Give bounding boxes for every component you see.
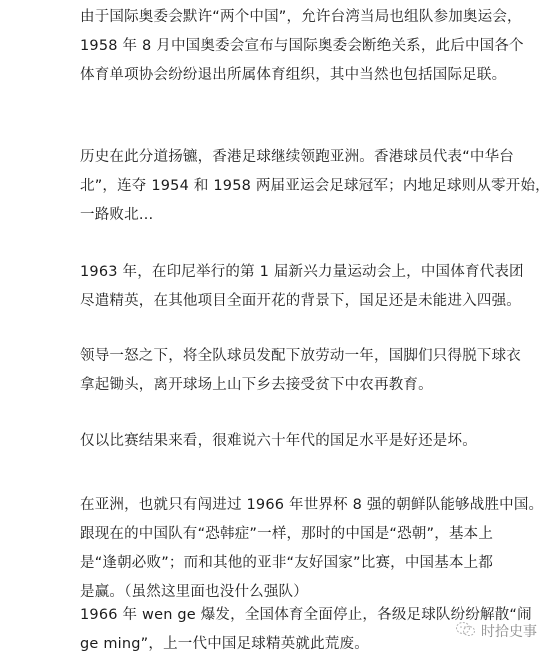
- text-line: 1958 年 8 月中国奥委会宣布与国际奥委会断绝关系，此后中国各个: [80, 36, 524, 56]
- text-line: 北”，连夺 1954 和 1958 两届亚运会足球冠军；内地足球则从零开始，: [80, 176, 550, 196]
- watermark: 时拾史事: [455, 620, 537, 642]
- text-line: 1963 年，在印尼举行的第 1 届新兴力量运动会上，中国体育代表团: [80, 262, 524, 282]
- wechat-icon: [455, 620, 477, 642]
- text-line: 仅以比赛结果来看，很难说六十年代的国足水平是好还是坏。: [80, 431, 477, 451]
- text-line: 由于国际奥委会默许“两个中国”，允许台湾当局也组队参加奥运会，: [80, 7, 522, 27]
- text-line: 跟现在的中国队有“恐韩症”一样，那时的中国是“恐朝”，基本上: [80, 524, 493, 544]
- text-line: 领导一怒之下，将全队球员发配下放劳动一年，国脚们只得脱下球衣: [80, 346, 521, 366]
- text-line: 是“逢朝必败”；而和其他的亚非“友好国家”比赛，中国基本上都: [80, 553, 493, 573]
- text-line: ge ming”，上一代中国足球精英就此荒废。: [80, 634, 369, 654]
- watermark-text: 时拾史事: [481, 621, 537, 641]
- text-line: 在亚洲，也就只有闯进过 1966 年世界杯 8 强的朝鲜队能够战胜中国。: [80, 495, 543, 515]
- text-line: 是赢。（虽然这里面也没什么强队）: [80, 582, 308, 602]
- text-line: 历史在此分道扬镳，香港足球继续领跑亚洲。香港球员代表“中华台: [80, 147, 514, 167]
- text-line: 拿起锄头，离开球场上山下乡去接受贫下中农再教育。: [80, 375, 433, 395]
- text-line: 体育单项协会纷纷退出所属体育组织，其中当然也包括国际足联。: [80, 65, 506, 85]
- text-line: 尽遣精英，在其他项目全面开花的背景下，国足还是未能进入四强。: [80, 291, 521, 311]
- text-line: 一路败北…: [80, 205, 154, 225]
